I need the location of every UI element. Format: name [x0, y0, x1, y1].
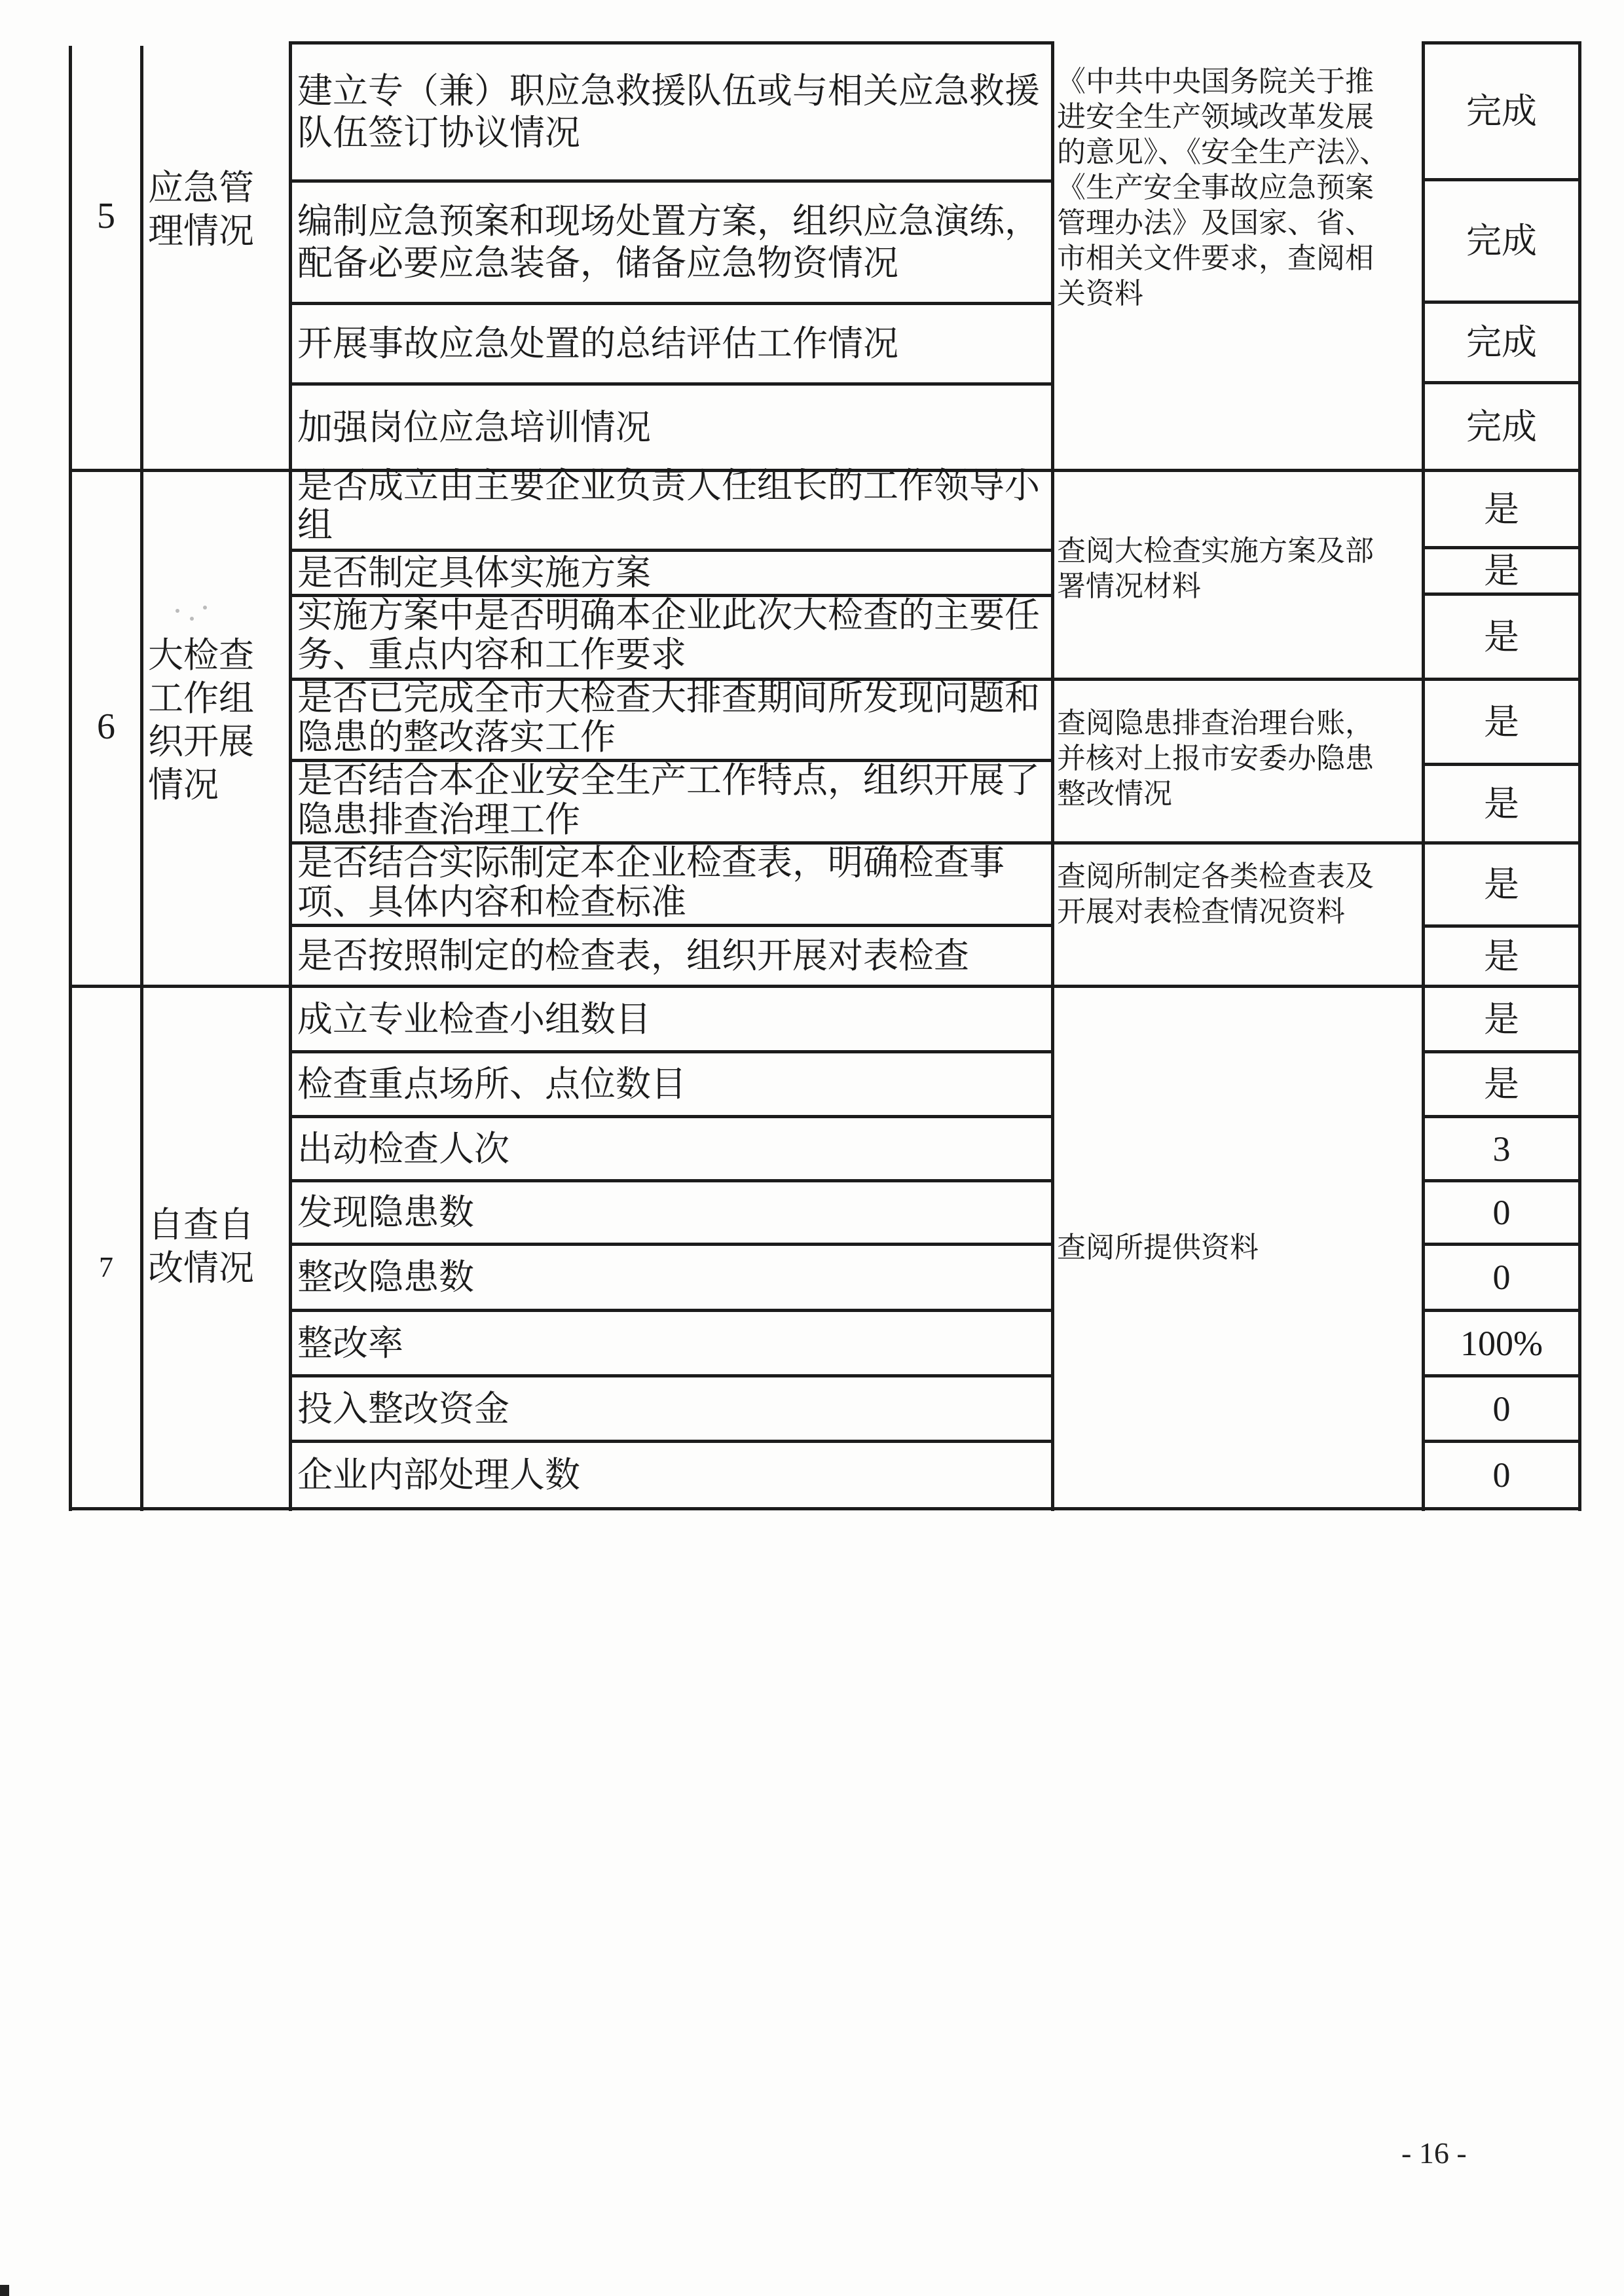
item-text: 是否制定具体实施方案 [297, 552, 1044, 594]
table-border-left [69, 46, 72, 1511]
basis-text: 查阅所提供资料 [1057, 1228, 1397, 1267]
result-value: 完成 [1425, 45, 1578, 178]
result-value: 完成 [1425, 181, 1578, 301]
group-line [1051, 841, 1425, 845]
item-text: 整改隐患数 [297, 1246, 1044, 1309]
section-title-line: 应急管 [148, 166, 286, 210]
result-value: 完成 [1425, 304, 1578, 381]
section-number: 5 [72, 177, 140, 255]
item-text: 出动检查人次 [297, 1118, 1044, 1179]
section-title-line: 织开展 [148, 720, 286, 763]
item-text: 整改率 [297, 1312, 1044, 1374]
item-text: 实施方案中是否明确本企业此次大检查的主要任务、重点内容和工作要求 [297, 596, 1044, 674]
table-bottom [69, 1507, 1581, 1510]
item-text: 建立专（兼）职应急救援队伍或与相关应急救援队伍签订协议情况 [297, 45, 1044, 179]
scan-speck [175, 609, 179, 613]
item-text: 加强岗位应急培训情况 [297, 386, 1044, 469]
section-title-line: 大检查 [148, 634, 286, 677]
section-title-line: 情况 [148, 763, 286, 807]
table-border-col3 [289, 41, 292, 1511]
result-value: 0 [1425, 1377, 1578, 1440]
scan-mark [0, 2285, 9, 2296]
result-value: 是 [1425, 472, 1578, 546]
section-number: 7 [72, 1248, 140, 1287]
section-title: 自查自 改情况 [148, 1203, 286, 1290]
group-line [1051, 678, 1425, 681]
item-text: 开展事故应急处置的总结评估工作情况 [297, 305, 1044, 382]
item-text: 检查重点场所、点位数目 [297, 1053, 1044, 1115]
table-border-right [1578, 41, 1581, 1511]
result-value: 3 [1425, 1118, 1578, 1179]
page-number: - 16 - [1401, 2136, 1467, 2170]
section-title-line: 自查自 [148, 1203, 286, 1247]
item-text: 成立专业检查小组数目 [297, 988, 1044, 1050]
item-text: 投入整改资金 [297, 1377, 1044, 1440]
result-value: 是 [1425, 549, 1578, 592]
section-title-line: 改情况 [148, 1247, 286, 1290]
result-value: 0 [1425, 1182, 1578, 1243]
item-text: 编制应急预案和现场处置方案，组织应急演练，配备必要应急装备，储备应急物资情况 [297, 183, 1044, 302]
scan-speck [203, 606, 207, 610]
result-value: 完成 [1425, 384, 1578, 469]
result-value: 是 [1425, 596, 1578, 678]
table-border-col2 [140, 46, 143, 1511]
item-text: 企业内部处理人数 [297, 1443, 1044, 1507]
result-value: 是 [1425, 1053, 1578, 1115]
document-page: 5 应急管 理情况 建立专（兼）职应急救援队伍或与相关应急救援队伍签订协议情况 … [0, 0, 1624, 2296]
item-text: 是否已完成全市大检查大排查期间所发现问题和隐患的整改落实工作 [297, 678, 1044, 757]
item-text: 是否结合实际制定本企业检查表，明确检查事项、具体内容和检查标准 [297, 843, 1044, 922]
section-title-line: 工作组 [148, 677, 286, 720]
result-value: 是 [1425, 766, 1578, 841]
basis-text: 《中共中央国务院关于推进安全生产领域改革发展的意见》、《安全生产法》、《生产安全… [1057, 64, 1397, 312]
item-text: 是否成立由主要企业负责人任组长的工作领导小组 [297, 466, 1044, 545]
section-number: 6 [72, 687, 140, 766]
section-title-line: 理情况 [148, 210, 286, 253]
result-value: 是 [1425, 988, 1578, 1050]
result-value: 是 [1425, 845, 1578, 924]
result-value: 0 [1425, 1246, 1578, 1309]
item-text: 是否结合本企业安全生产工作特点，组织开展了隐患排查治理工作 [297, 761, 1044, 839]
section-title: 应急管 理情况 [148, 166, 286, 253]
item-text: 发现隐患数 [297, 1182, 1044, 1243]
basis-text: 查阅大检查实施方案及部署情况材料 [1057, 534, 1397, 604]
result-value: 是 [1425, 928, 1578, 985]
table-border-col4 [1051, 41, 1054, 1511]
item-text: 是否按照制定的检查表，组织开展对表检查 [297, 927, 1044, 985]
section-title: 大检查 工作组 织开展 情况 [148, 634, 286, 807]
result-value: 是 [1425, 681, 1578, 763]
result-value: 0 [1425, 1443, 1578, 1507]
basis-text: 查阅隐患排查治理台账，并核对上报市安委办隐患整改情况 [1057, 706, 1397, 812]
scan-speck [190, 617, 194, 621]
result-value: 100% [1425, 1312, 1578, 1374]
basis-text: 查阅所制定各类检查表及开展对表检查情况资料 [1057, 859, 1397, 930]
